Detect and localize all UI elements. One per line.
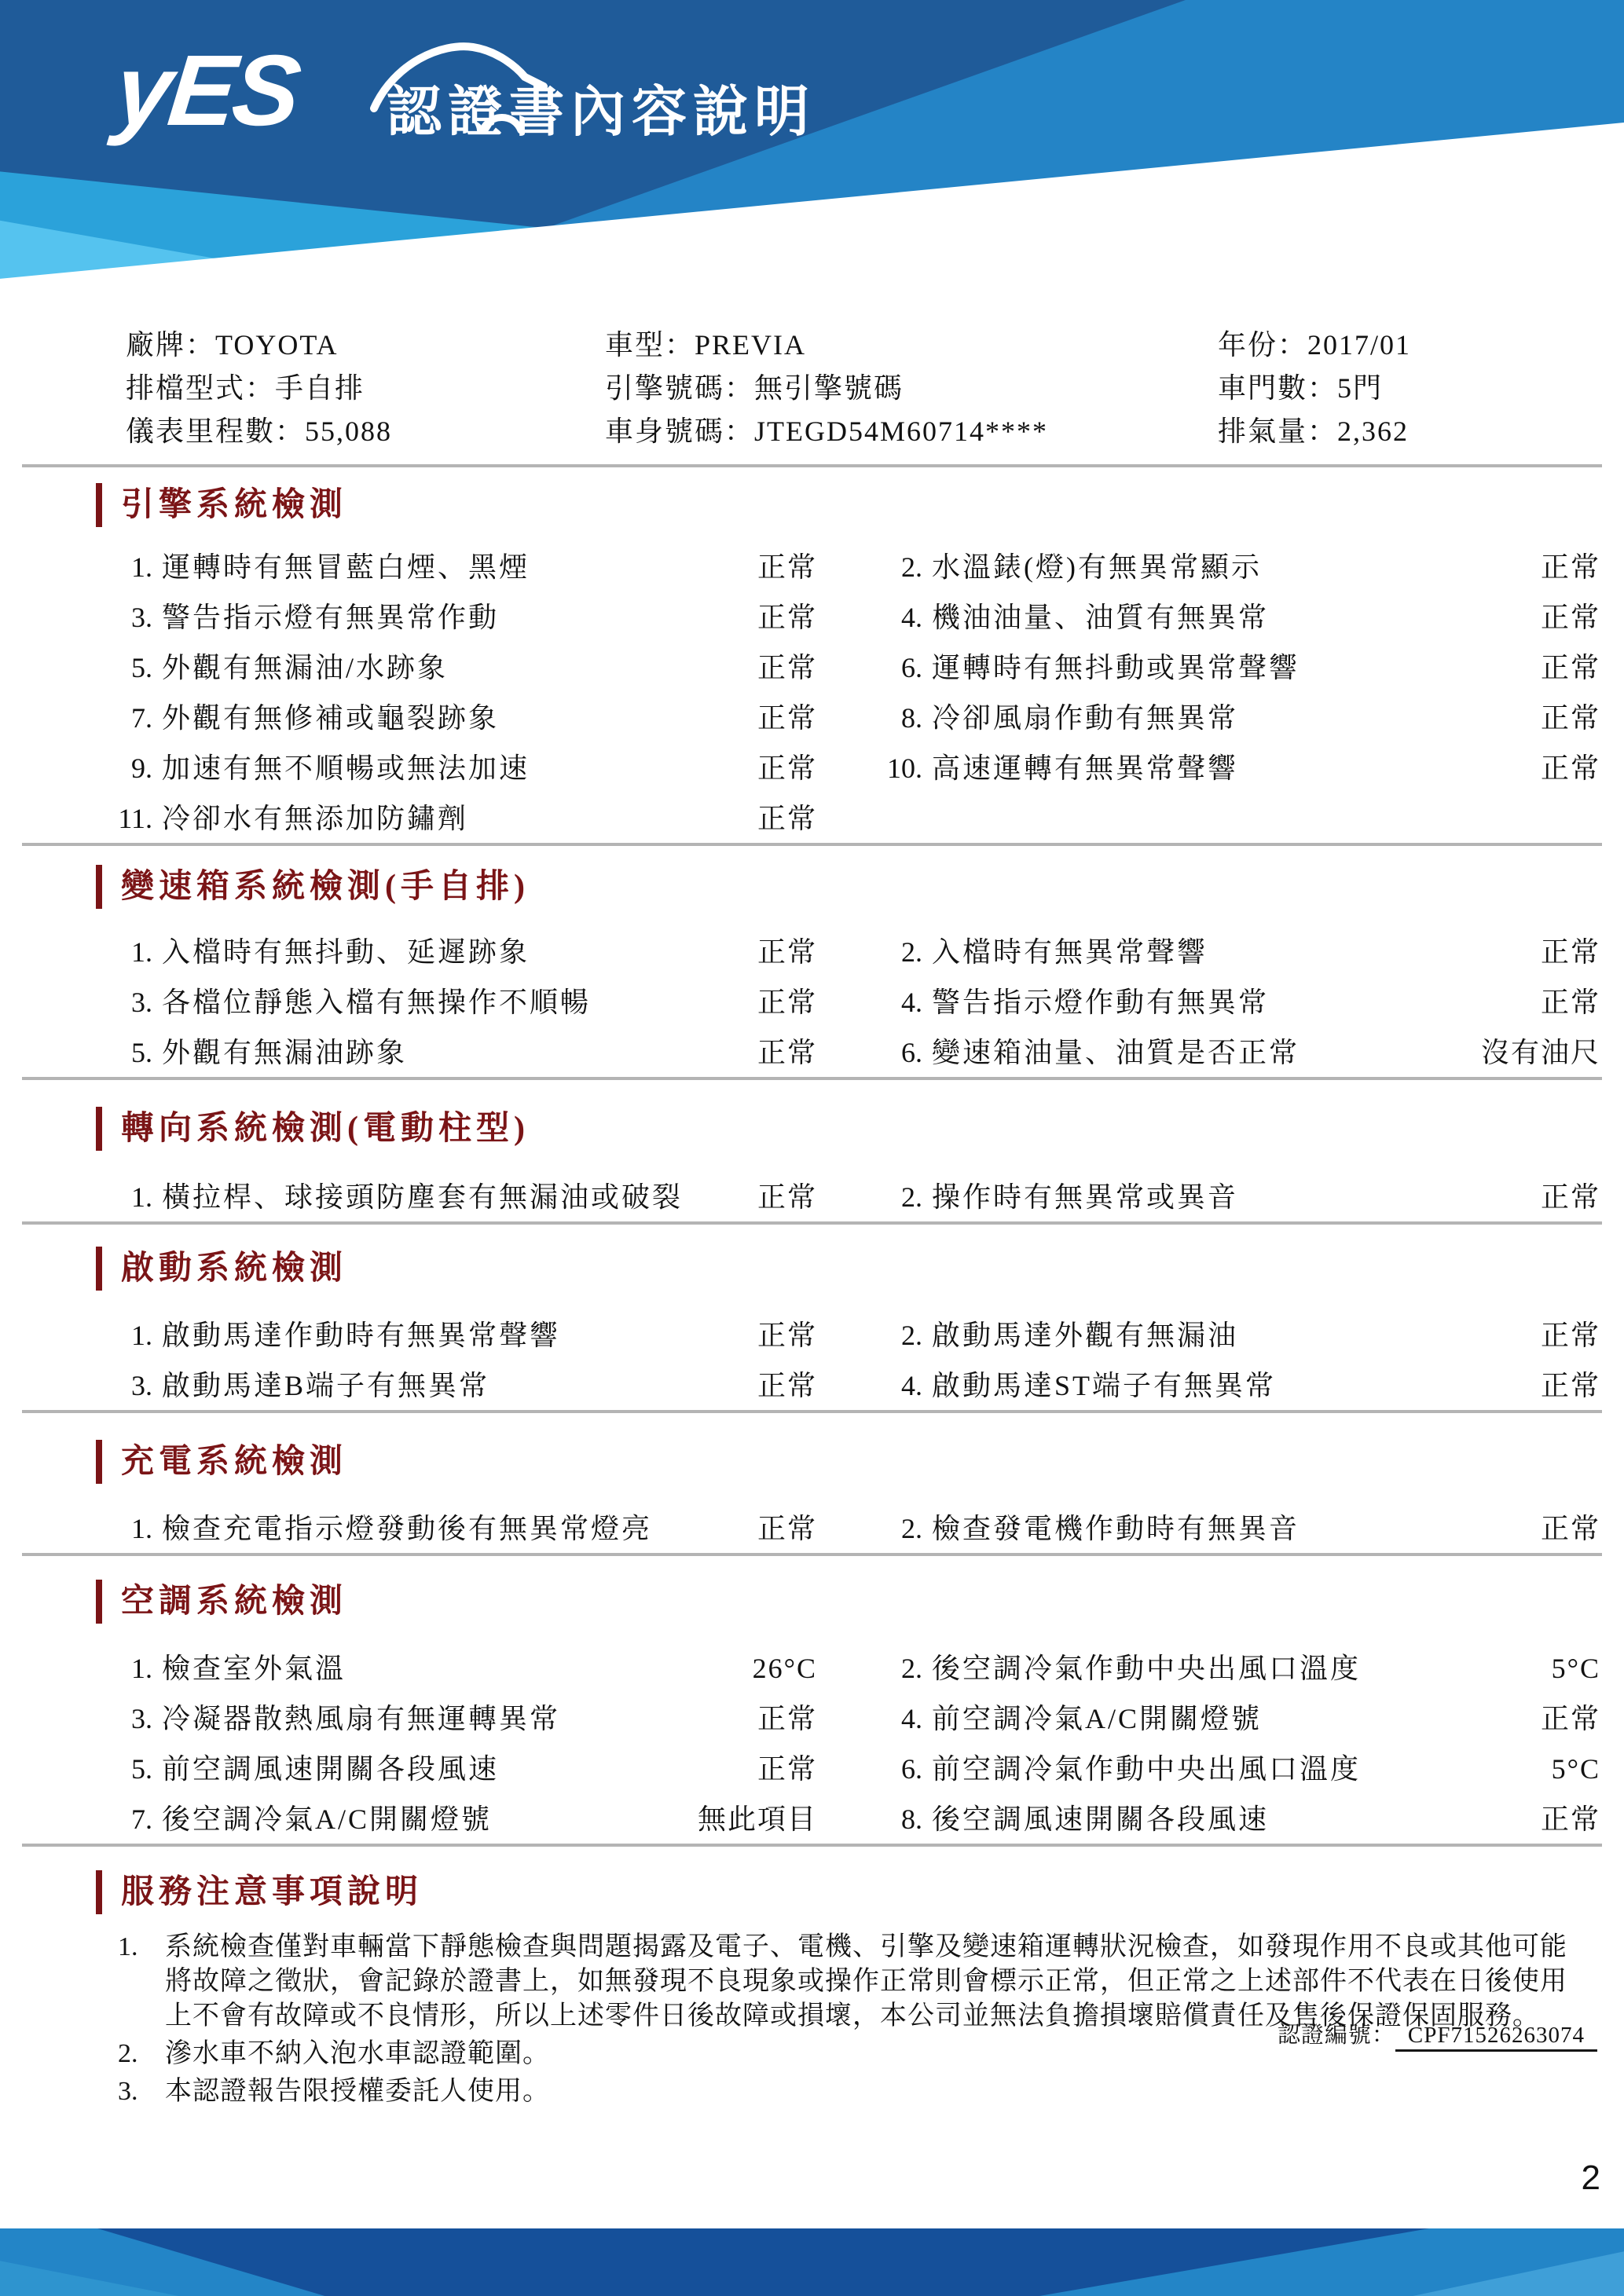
inspection-item: 6.前空調冷氣作動中央出風口溫度5°C [872, 1751, 1600, 1787]
inspection-item: 2.操作時有無異常或異音正常 [872, 1179, 1600, 1215]
info-year: 年份：2017/01 [1218, 324, 1602, 367]
vehicle-info: 廠牌：TOYOTA 車型：PREVIA 年份：2017/01 排檔型式：手自排 … [126, 324, 1602, 453]
section-title-engine: 引擎系統檢測 [96, 483, 1624, 527]
starter-items: 1.啟動馬達作動時有無異常聲響正常 2.啟動馬達外觀有無漏油正常 3.啟動馬達B… [102, 1317, 1602, 1404]
inspection-item: 4.警告指示燈作動有無異常正常 [872, 984, 1600, 1020]
divider [22, 1553, 1602, 1556]
info-displacement: 排氣量：2,362 [1218, 410, 1602, 453]
divider [22, 1221, 1602, 1225]
document-body: 廠牌：TOYOTA 車型：PREVIA 年份：2017/01 排檔型式：手自排 … [0, 306, 1624, 2109]
inspection-item: 7.外觀有無修補或龜裂跡象正常 [102, 700, 817, 736]
info-engine-no: 引擎號碼：無引擎號碼 [605, 367, 1218, 410]
section-title-notes: 服務注意事項說明 [96, 1870, 1624, 1914]
engine-items: 1.運轉時有無冒藍白煙、黑煙正常 2.水溫錶(燈)有無異常顯示正常 3.警告指示… [102, 549, 1602, 837]
info-doors: 車門數：5門 [1218, 367, 1602, 410]
inspection-item: 5.外觀有無漏油/水跡象正常 [102, 650, 817, 686]
inspection-item: 1.橫拉桿、球接頭防塵套有無漏油或破裂正常 [102, 1179, 817, 1215]
inspection-item: 1.啟動馬達作動時有無異常聲響正常 [102, 1317, 817, 1353]
inspection-item: 4.啟動馬達ST端子有無異常正常 [872, 1368, 1600, 1404]
inspection-item: 4.機油油量、油質有無異常正常 [872, 599, 1600, 635]
certificate-number: 認證編號：CPF71526263074 [1278, 2017, 1597, 2049]
inspection-item: 2.入檔時有無異常聲響正常 [872, 934, 1600, 970]
footer-banner [0, 2228, 1624, 2296]
inspection-item: 11.冷卻水有無添加防鏽劑正常 [102, 800, 817, 837]
header-banner: yES 認證書內容說明 [0, 0, 1624, 306]
divider [22, 1410, 1602, 1413]
inspection-item: 3.啟動馬達B端子有無異常正常 [102, 1368, 817, 1404]
info-vin: 車身號碼：JTEGD54M60714**** [605, 410, 1218, 453]
section-title-aircon: 空調系統檢測 [96, 1580, 1624, 1624]
divider [22, 1844, 1602, 1847]
page-number: 2 [1582, 2159, 1600, 2198]
info-brand: 廠牌：TOYOTA [126, 324, 605, 367]
inspection-item: 1.入檔時有無抖動、延遲跡象正常 [102, 934, 817, 970]
certificate-page: yES 認證書內容說明 廠牌：TOYOTA 車型：PREVIA 年份：2017/… [0, 0, 1624, 2296]
inspection-item: 8.冷卻風扇作動有無異常正常 [872, 700, 1600, 736]
inspection-item: 6.運轉時有無抖動或異常聲響正常 [872, 650, 1600, 686]
divider [22, 843, 1602, 846]
info-mileage: 儀表里程數：55,088 [126, 410, 605, 453]
info-gearbox-type: 排檔型式：手自排 [126, 367, 605, 410]
inspection-item: 1.檢查室外氣溫26°C [102, 1650, 817, 1686]
section-title-charging: 充電系統檢測 [96, 1440, 1624, 1484]
divider [22, 1077, 1602, 1080]
inspection-item: 1.檢查充電指示燈發動後有無異常燈亮正常 [102, 1511, 817, 1547]
footer-shape-dark [0, 2228, 1624, 2296]
steering-items: 1.橫拉桿、球接頭防塵套有無漏油或破裂正常 2.操作時有無異常或異音正常 [102, 1179, 1602, 1215]
aircon-items: 1.檢查室外氣溫26°C 2.後空調冷氣作動中央出風口溫度5°C 3.冷凝器散熱… [102, 1650, 1602, 1837]
page-title: 認證書內容說明 [387, 68, 816, 147]
inspection-item: 7.後空調冷氣A/C開關燈號無此項目 [102, 1801, 817, 1837]
transmission-items: 1.入檔時有無抖動、延遲跡象正常 2.入檔時有無異常聲響正常 3.各檔位靜態入檔… [102, 934, 1602, 1071]
section-title-starter: 啟動系統檢測 [96, 1247, 1624, 1291]
inspection-item: 3.各檔位靜態入檔有無操作不順暢正常 [102, 984, 817, 1020]
inspection-item: 2.後空調冷氣作動中央出風口溫度5°C [872, 1650, 1600, 1686]
inspection-item: 5.前空調風速開關各段風速正常 [102, 1751, 817, 1787]
inspection-item: 2.啟動馬達外觀有無漏油正常 [872, 1317, 1600, 1353]
inspection-item: 3.冷凝器散熱風扇有無運轉異常正常 [102, 1701, 817, 1737]
note-item: 3. 本認證報告限授權委託人使用。 [118, 2074, 1593, 2109]
section-title-steering: 轉向系統檢測(電動柱型) [96, 1107, 1624, 1151]
certificate-number-value: CPF71526263074 [1395, 2023, 1597, 2052]
inspection-item: 6.變速箱油量、油質是否正常沒有油尺 [872, 1034, 1600, 1071]
certificate-number-label: 認證編號： [1278, 2023, 1395, 2048]
inspection-item: 2.檢查發電機作動時有無異音正常 [872, 1511, 1600, 1547]
inspection-item: 4.前空調冷氣A/C開關燈號正常 [872, 1701, 1600, 1737]
inspection-item: 9.加速有無不順暢或無法加速正常 [102, 750, 817, 786]
charging-items: 1.檢查充電指示燈發動後有無異常燈亮正常 2.檢查發電機作動時有無異音正常 [102, 1511, 1602, 1547]
inspection-item: 2.水溫錶(燈)有無異常顯示正常 [872, 549, 1600, 585]
inspection-item: 8.後空調風速開關各段風速正常 [872, 1801, 1600, 1837]
inspection-item: 10.高速運轉有無異常聲響正常 [872, 750, 1600, 786]
divider [22, 464, 1602, 467]
inspection-item: 1.運轉時有無冒藍白煙、黑煙正常 [102, 549, 817, 585]
info-model: 車型：PREVIA [605, 324, 1218, 367]
inspection-item: 5.外觀有無漏油跡象正常 [102, 1034, 817, 1071]
inspection-item: 3.警告指示燈有無異常作動正常 [102, 599, 817, 635]
section-title-transmission: 變速箱系統檢測(手自排) [96, 865, 1624, 909]
